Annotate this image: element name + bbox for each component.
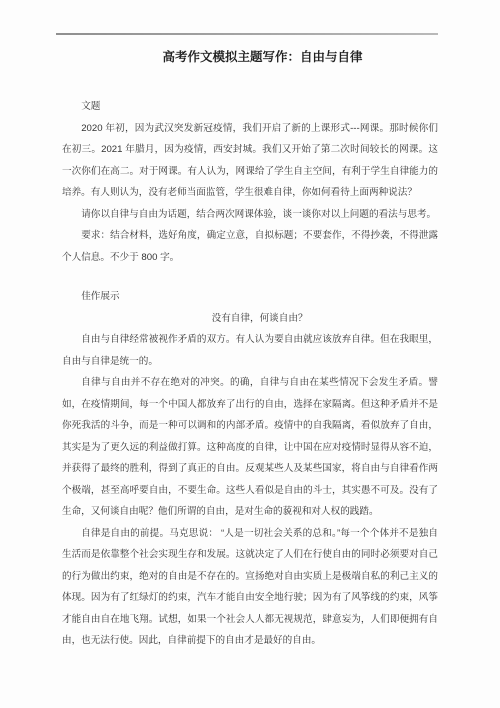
prompt-paragraph: 要求：结合材料，选好角度，确定立意，自拟标题；不要套作，不得抄袭，不得泄露个人信… bbox=[62, 225, 438, 268]
document-page: 高考作文模拟主题写作：自由与自律 文题 2020 年初，因为武汉突发新冠疫情，我… bbox=[62, 48, 438, 652]
essay-paragraph: 自律与自由并不存在绝对的冲突。的确，自律与自由在某些情况下会发生矛盾。譬如，在疫… bbox=[62, 372, 438, 523]
prompt-section-heading: 文题 bbox=[62, 96, 438, 118]
essay-paragraph: 自由与自律经常被视作矛盾的双方。有人认为要自由就应该放弃自律。但在我眼里，自由与… bbox=[62, 329, 438, 372]
top-divider bbox=[56, 33, 438, 35]
essay-paragraph: 自律是自由的前提。马克思说： “人是一切社会关系的总和。”每一个个体并不是独自生… bbox=[62, 523, 438, 652]
prompt-paragraph: 2020 年初，因为武汉突发新冠疫情，我们开启了新的上课形式---网课。那时候你… bbox=[62, 118, 438, 204]
essay-title: 没有自律，何谈自由？ bbox=[62, 308, 438, 330]
essay-section-heading: 佳作展示 bbox=[62, 286, 438, 308]
document-title: 高考作文模拟主题写作：自由与自律 bbox=[62, 48, 438, 66]
prompt-paragraph: 请你以自律与自由为话题，结合两次网课体验，谈一谈你对以上问题的看法与思考。 bbox=[62, 204, 438, 226]
